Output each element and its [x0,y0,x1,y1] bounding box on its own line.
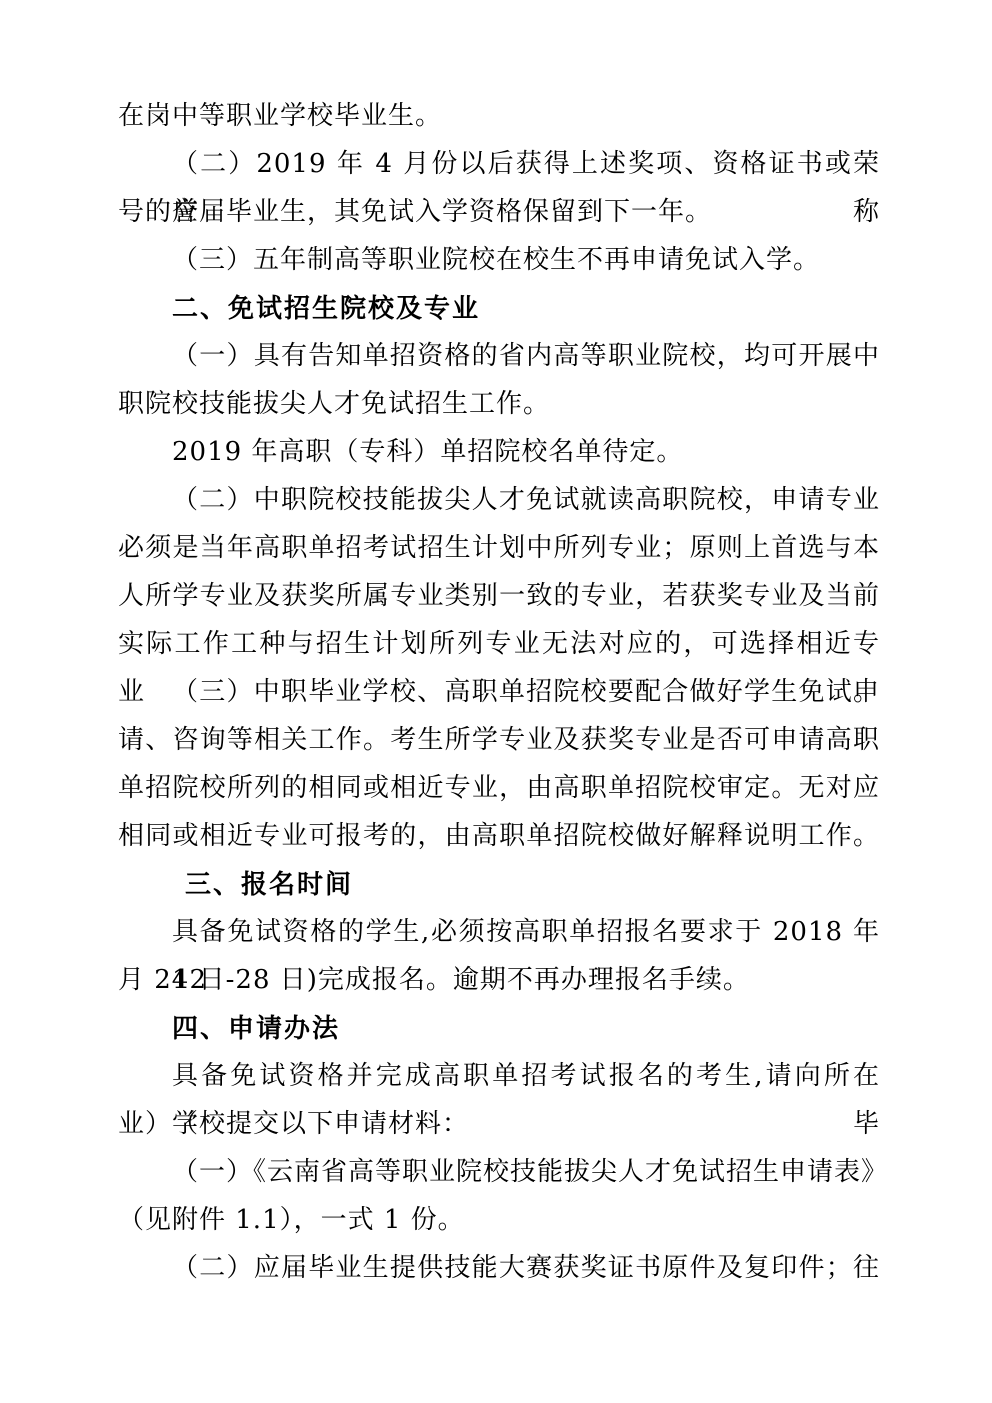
para-sec2-item-3-line-3: 单招院校所列的相同或相近专业，由高职单招院校审定。无对应 [118,764,880,812]
para-item-3-line-1: （三）五年制高等职业院校在校生不再申请免试入学。 [118,236,880,284]
section-heading-4: 四、申请办法 [118,1004,880,1052]
para-sec2-item-2-line-1: （二）中职院校技能拔尖人才免试就读高职院校，申请专业 [118,476,880,524]
para-sec2-note-line-1: 2019 年高职（专科）单招院校名单待定。 [118,428,880,476]
section-heading-2: 二、免试招生院校及专业 [118,284,880,332]
para-sec2-item-3-line-2: 请、咨询等相关工作。考生所学专业及获奖专业是否可申请高职 [118,716,880,764]
para-continuation-line: 在岗中等职业学校毕业生。 [118,92,880,140]
para-sec2-item-2-line-3: 人所学专业及获奖所属专业类别一致的专业，若获奖专业及当前 [118,572,880,620]
para-sec4-item-1-line-2: （见附件 1.1），一式 1 份。 [118,1196,880,1244]
para-sec2-item-3-line-4: 相同或相近专业可报考的，由高职单招院校做好解释说明工作。 [118,812,880,860]
section-heading-3: 三、报名时间 [118,860,880,908]
document-page: 在岗中等职业学校毕业生。 （二）2019 年 4 月份以后获得上述奖项、资格证书… [0,0,992,1403]
para-sec2-item-2-line-4: 实际工作工种与招生计划所列专业无法对应的，可选择相近专业。 [118,620,880,668]
para-sec2-item-2-line-2: 必须是当年高职单招考试招生计划中所列专业；原则上首选与本 [118,524,880,572]
document-body: 在岗中等职业学校毕业生。 （二）2019 年 4 月份以后获得上述奖项、资格证书… [118,92,880,1292]
para-sec4-intro-line-1: 具备免试资格并完成高职单招考试报名的考生,请向所在（毕 [118,1052,880,1100]
para-sec2-item-1-line-2: 职院校技能拔尖人才免试招生工作。 [118,380,880,428]
para-item-2-line-1: （二）2019 年 4 月份以后获得上述奖项、资格证书或荣誉称 [118,140,880,188]
para-sec4-item-2-line-1: （二）应届毕业生提供技能大赛获奖证书原件及复印件；往 [118,1244,880,1292]
para-sec3-line-1: 具备免试资格的学生,必须按高职单招报名要求于 2018 年 12 [118,908,880,956]
para-sec3-line-2: 月 24 日-28 日)完成报名。逾期不再办理报名手续。 [118,956,880,1004]
para-sec2-item-3-line-1: （三）中职毕业学校、高职单招院校要配合做好学生免试申 [118,668,880,716]
para-sec2-item-1-line-1: （一）具有告知单招资格的省内高等职业院校，均可开展中 [118,332,880,380]
para-sec4-item-1-line-1: （一）《云南省高等职业院校技能拔尖人才免试招生申请表》 [118,1148,880,1196]
